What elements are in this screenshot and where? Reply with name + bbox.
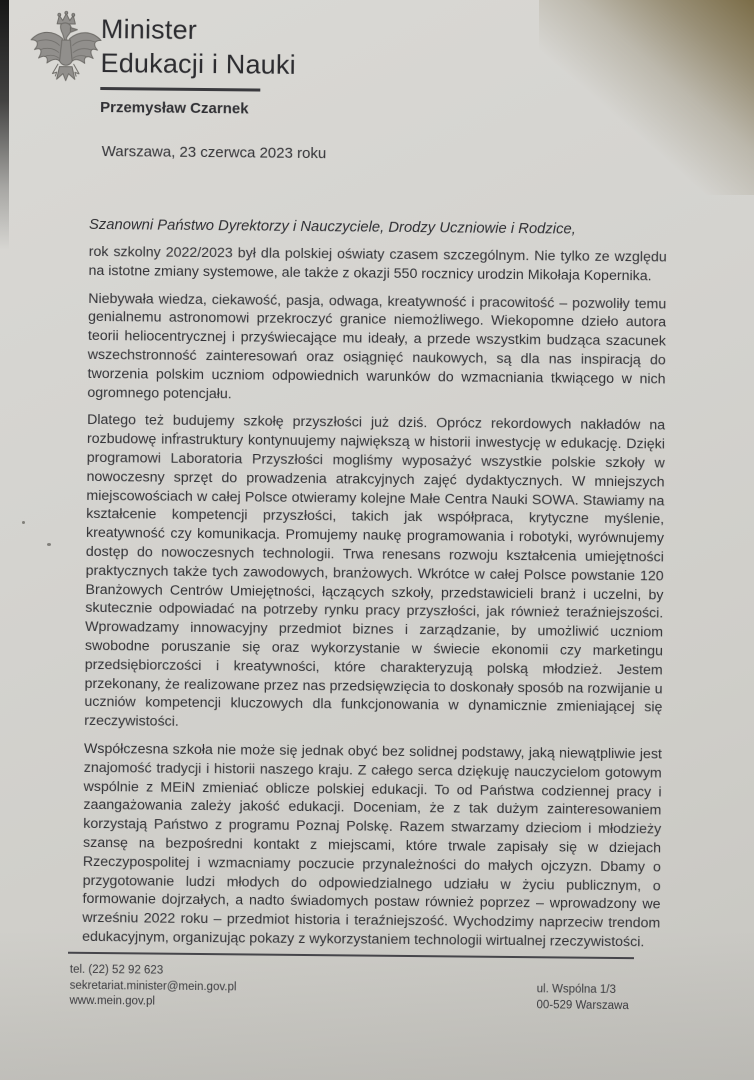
letter-paragraph: Współczesna szkoła nie może się jednak o…: [82, 740, 662, 952]
polish-eagle-icon: [24, 7, 109, 98]
ministry-title: Minister Edukacji i Nauki: [100, 12, 296, 82]
minister-name: Przemysław Czarnek: [100, 99, 249, 117]
contact-email: sekretariat.minister@mein.gov.pl: [70, 978, 237, 995]
letterhead-rule: [100, 87, 260, 92]
footer-rule: [68, 952, 634, 959]
ministry-title-line2: Edukacji i Nauki: [100, 46, 296, 82]
address-line-2: 00-529 Warszawa: [536, 998, 628, 1014]
letter-content: Minister Edukacji i Nauki Przemysław Cza…: [0, 0, 754, 1080]
letter-body: rok szkolny 2022/2023 był dla polskiej o…: [82, 243, 667, 952]
letter-paragraph: Dlatego też budujemy szkołę przyszłości …: [84, 411, 665, 736]
footer-address: ul. Wspólna 1/3 00-529 Warszawa: [536, 982, 629, 1014]
letter-paragraph: Niebywała wiedza, ciekawość, pasja, odwa…: [87, 289, 666, 407]
letter-photo: Minister Edukacji i Nauki Przemysław Cza…: [0, 0, 754, 1080]
contact-website: www.mein.gov.pl: [69, 994, 236, 1011]
ministry-title-line1: Minister: [101, 12, 297, 48]
salutation: Szanowni Państwo Dyrektorzy i Nauczyciel…: [89, 217, 576, 238]
letter-paragraph: rok szkolny 2022/2023 był dla polskiej o…: [88, 243, 666, 286]
address-line-1: ul. Wspólna 1/3: [537, 982, 629, 998]
dateline: Warszawa, 23 czerwca 2023 roku: [102, 143, 327, 162]
footer-contact: tel. (22) 52 92 623 sekretariat.minister…: [69, 963, 236, 1011]
contact-phone: tel. (22) 52 92 623: [70, 963, 237, 980]
